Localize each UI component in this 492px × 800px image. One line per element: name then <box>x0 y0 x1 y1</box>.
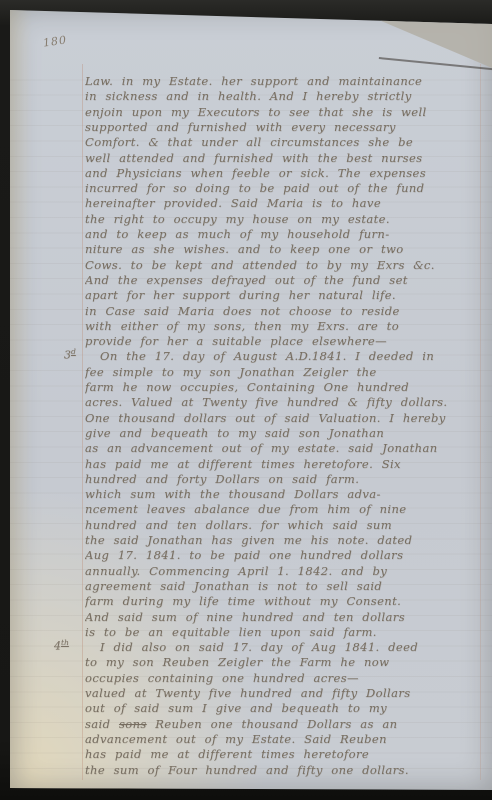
handwriting-line: the right to occupy my house on my estat… <box>85 212 487 227</box>
handwriting-line: And said sum of nine hundred and ten dol… <box>85 610 487 625</box>
handwriting-line: provide for her a suitable place elsewhe… <box>85 334 487 349</box>
photo-backdrop: 180 Law. in my Estate. her support and m… <box>0 0 492 800</box>
handwriting-line: occupies containing one hundred acres— <box>85 671 487 686</box>
handwriting-line: said sons Reuben one thousand Dollars as… <box>85 717 487 732</box>
handwriting-line: hundred and ten dollars. for which said … <box>85 518 487 533</box>
handwriting-line: and to keep as much of my household furn… <box>85 227 487 242</box>
handwriting-line: fee simple to my son Jonathan Zeigler th… <box>85 365 487 380</box>
handwriting-line: Cows. to be kept and attended to by my E… <box>85 258 487 273</box>
handwriting-line: annually. Commencing April 1. 1842. and … <box>85 564 487 579</box>
handwriting-line: farm during my life time without my Cons… <box>85 594 487 609</box>
handwriting-line: On the 17. day of August A.D.1841. I dee… <box>85 349 487 364</box>
handwriting-line: hereinafter provided. Said Maria is to h… <box>85 196 487 211</box>
handwriting-line: ncement leaves abalance due from him of … <box>85 502 487 517</box>
handwriting-line: as an advancement out of my estate. said… <box>85 441 487 456</box>
handwriting-line: is to be an equitable lien upon said far… <box>85 625 487 640</box>
handwriting-line: Comfort. & that under all circumstances … <box>85 135 487 150</box>
handwriting-line: One thousand dollars out of said Valuati… <box>85 411 487 426</box>
handwriting-line: and Physicians when feeble or sick. The … <box>85 166 487 181</box>
folded-corner <box>10 8 492 78</box>
handwriting-line: Aug 17. 1841. to be paid one hundred dol… <box>85 548 487 563</box>
handwriting-line: has paid me at different times heretofor… <box>85 747 487 762</box>
handwriting-line: in sickness and in health. And I hereby … <box>85 89 487 104</box>
left-margin-rule <box>82 64 83 780</box>
section-margin-marker: 3d <box>64 347 76 362</box>
handwriting-line: agreement said Jonathan is not to sell s… <box>85 579 487 594</box>
corner-crease-line <box>379 57 492 70</box>
handwriting-line: incurred for so doing to be paid out of … <box>85 181 487 196</box>
handwriting-lines: Law. in my Estate. her support and maint… <box>85 74 487 780</box>
handwriting-line: the said Jonathan has given me his note.… <box>85 533 487 548</box>
handwriting-line: hundred and forty Dollars on said farm. <box>85 472 487 487</box>
handwriting-line: out of said sum I give and bequeath to m… <box>85 701 487 716</box>
handwriting-line: the sum of Four hundred and fifty one do… <box>85 763 487 778</box>
handwriting-line: enjoin upon my Executors to see that she… <box>85 105 487 120</box>
handwriting-line: I did also on said 17. day of Aug 1841. … <box>85 640 487 655</box>
page-number: 180 <box>42 33 68 49</box>
handwriting-line: advancement out of my Estate. Said Reube… <box>85 732 487 747</box>
handwriting-line: valued at Twenty five hundred and fifty … <box>85 686 487 701</box>
handwriting-line: which sum with the thousand Dollars adva… <box>85 487 487 502</box>
handwriting-line: farm he now occupies, Containing One hun… <box>85 380 487 395</box>
handwriting-line: has paid me at different times heretofor… <box>85 457 487 472</box>
handwriting-line: Law. in my Estate. her support and maint… <box>85 74 487 89</box>
manuscript-page: 180 Law. in my Estate. her support and m… <box>10 8 492 790</box>
handwriting-line: supported and furnished with every neces… <box>85 120 487 135</box>
handwriting-line: to my son Reuben Zeigler the Farm he now <box>85 655 487 670</box>
section-margin-marker: 4th <box>54 638 69 653</box>
handwriting-line: niture as she wishes. and to keep one or… <box>85 242 487 257</box>
handwriting-line: with either of my sons, then my Exrs. ar… <box>85 319 487 334</box>
handwriting-line: apart for her support during her natural… <box>85 288 487 303</box>
handwriting-line: in Case said Maria does not choose to re… <box>85 304 487 319</box>
handwriting-line: acres. Valued at Twenty five hundred & f… <box>85 395 487 410</box>
handwriting-line: And the expenses defrayed out of the fun… <box>85 273 487 288</box>
handwriting-line: well attended and furnished with the bes… <box>85 151 487 166</box>
margin-markers: 3d4th <box>40 74 84 780</box>
handwriting-line: give and bequeath to my said son Jonatha… <box>85 426 487 441</box>
